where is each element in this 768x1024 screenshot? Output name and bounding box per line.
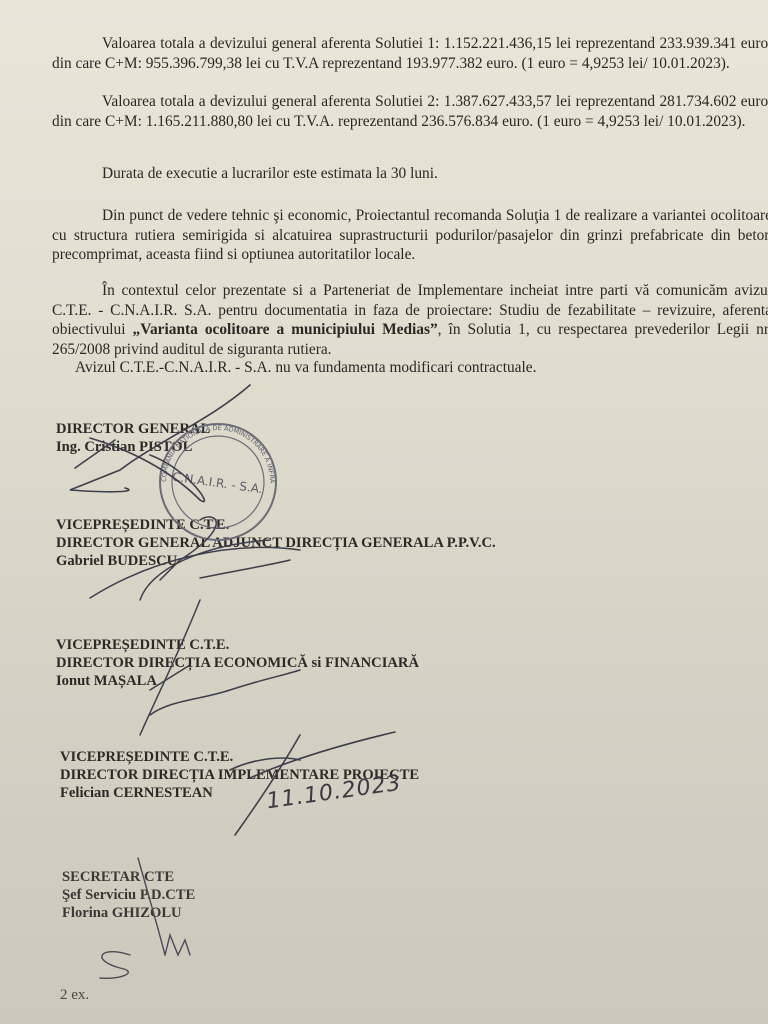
signatory-title: VICEPREȘEDINTE C.T.E. <box>56 636 419 654</box>
paragraph-solution-1-cost: Valoarea totala a devizului general afer… <box>52 34 768 73</box>
signatory-director-general: DIRECTOR GENERAL Ing. Cristian PISTOL <box>56 420 210 456</box>
signatory-title: SECRETAR CTE <box>62 868 195 886</box>
paragraph-contract-note: Avizul C.T.E.-C.N.A.I.R. - S.A. nu va fu… <box>75 358 768 378</box>
paragraph-text: Din punct de vedere tehnic şi economic, … <box>52 207 768 263</box>
signatory-role: Şef Serviciu P.D.CTE <box>62 886 195 904</box>
signatory-name: Gabriel BUDESCU <box>56 552 496 570</box>
signatory-name: Florina GHIZOLU <box>62 904 195 922</box>
signatory-role: DIRECTOR DIRECȚIA ECONOMICĂ si FINANCIAR… <box>56 654 419 672</box>
paragraph-recommendation: Din punct de vedere tehnic şi economic, … <box>52 206 768 265</box>
copies-note: 2 ex. <box>60 987 89 1004</box>
signatory-title: DIRECTOR GENERAL <box>56 420 210 438</box>
paragraph-approval: În contextul celor prezentate si a Parte… <box>52 281 768 359</box>
signatory-title: VICEPREȘEDINTE C.T.E. <box>56 516 496 534</box>
paragraph-text: Durata de executie a lucrarilor este est… <box>102 165 438 182</box>
signatory-title: VICEPREȘEDINTE C.T.E. <box>60 748 419 766</box>
signatory-name: Ionut MAȘALA <box>56 672 419 690</box>
paragraph-duration: Durata de executie a lucrarilor este est… <box>52 164 768 184</box>
project-name: „Varianta ocolitoare a municipiului Medi… <box>133 321 438 338</box>
paragraph-text: Valoarea totala a devizului general afer… <box>52 35 768 72</box>
document-page: Valoarea totala a devizului general afer… <box>0 0 768 1024</box>
signatory-vp-economic: VICEPREȘEDINTE C.T.E. DIRECTOR DIRECȚIA … <box>56 636 419 690</box>
paragraph-text: Valoarea totala a devizului general afer… <box>52 93 768 130</box>
stamp-icon: C.N.A.I.R. - S.A. COMPANIA NATIONALA DE … <box>0 0 276 540</box>
stamp-center-text: C.N.A.I.R. - S.A. <box>171 470 263 497</box>
signatory-name: Ing. Cristian PISTOL <box>56 438 210 456</box>
signatory-vp-ppvc: VICEPREȘEDINTE C.T.E. DIRECTOR GENERAL A… <box>56 516 496 570</box>
signatory-secretary: SECRETAR CTE Şef Serviciu P.D.CTE Florin… <box>62 868 195 922</box>
paragraph-solution-2-cost: Valoarea totala a devizului general afer… <box>52 92 768 131</box>
signatory-role: DIRECTOR GENERAL ADJUNCT DIRECȚIA GENERA… <box>56 534 496 552</box>
